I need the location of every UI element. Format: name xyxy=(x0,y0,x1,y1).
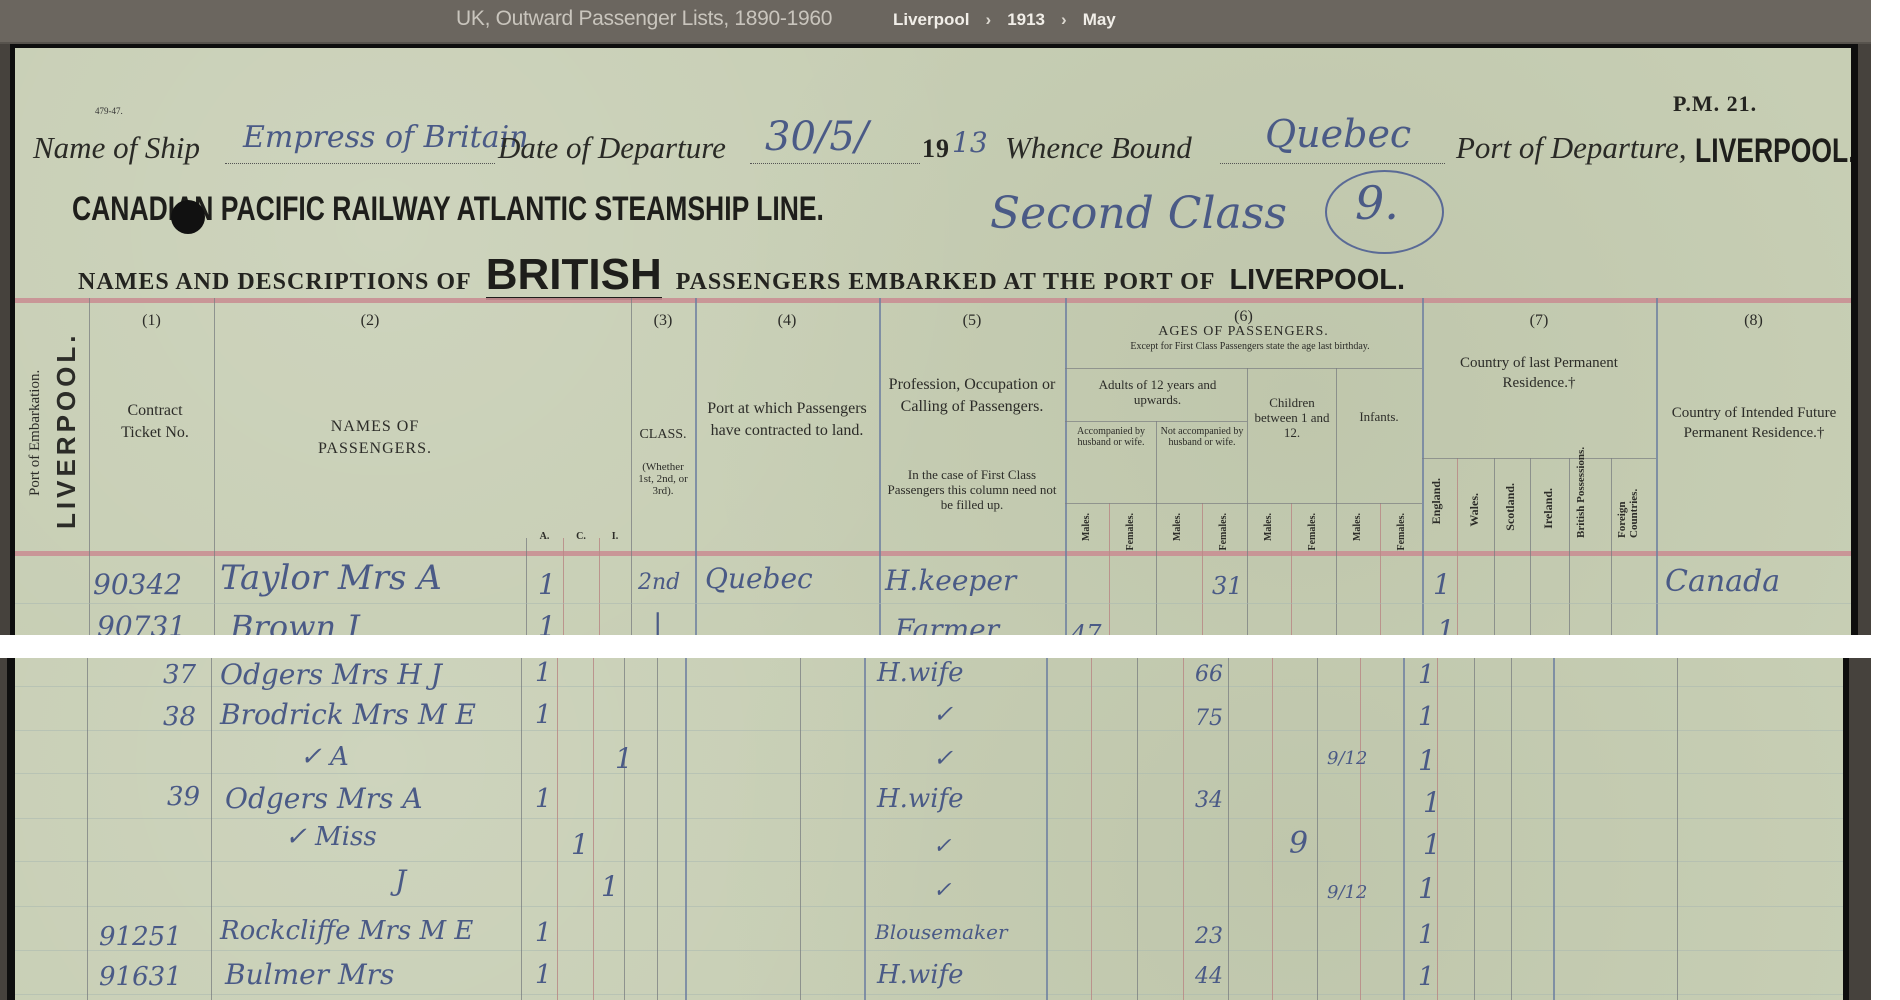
row-age: 75 xyxy=(1195,706,1223,731)
children-header: Children between 1 and 12. xyxy=(1251,396,1333,441)
col-divider xyxy=(1109,503,1110,635)
row-age: 23 xyxy=(1195,924,1223,949)
row2-name: Brown J xyxy=(230,608,359,635)
row1-adult: 1 xyxy=(538,568,556,601)
row-ticket: 37 xyxy=(163,660,196,690)
col-divider xyxy=(1336,368,1337,635)
row-ticket: 39 xyxy=(167,782,200,812)
whence-field-line xyxy=(1220,163,1445,164)
document-image-bottom[interactable]: 37 Odgers Mrs H J 1 H.wife 66 1 38 Brodr… xyxy=(15,658,1843,1000)
col-divider xyxy=(1202,503,1203,635)
row-adult: 1 xyxy=(535,658,552,688)
row-adult: 1 xyxy=(535,918,552,948)
infant-males: Males. xyxy=(1352,513,1363,541)
row-name: J xyxy=(395,864,406,897)
breadcrumb-liverpool[interactable]: Liverpool xyxy=(893,10,970,30)
row-ticket: 91251 xyxy=(99,922,182,952)
col-divider xyxy=(593,658,594,1000)
col3-number: (3) xyxy=(631,310,695,332)
adults-header: Adults of 12 years and upwards. xyxy=(1095,378,1220,408)
row2-adult: 1 xyxy=(538,610,556,635)
date-of-departure-value: 30/5/ xyxy=(765,114,868,160)
col5-number: (5) xyxy=(879,310,1065,332)
col-divider xyxy=(1530,458,1531,635)
col-divider xyxy=(214,298,215,635)
date-field-line xyxy=(750,163,920,164)
document-subtitle: NAMES AND DESCRIPTIONS OF BRITISH PASSEN… xyxy=(78,253,1405,300)
row-name: Bulmer Mrs xyxy=(225,958,394,991)
date-of-departure-label: Date of Departure xyxy=(498,130,726,166)
child-males: Males. xyxy=(1263,513,1274,541)
col-divider xyxy=(526,538,527,635)
country-british-possessions: British Possessions. xyxy=(1575,438,1605,538)
col8-number: (8) xyxy=(1656,310,1851,332)
row2-age: 47 xyxy=(1071,620,1102,635)
col-divider xyxy=(1494,458,1495,635)
ages-divider xyxy=(1065,368,1422,369)
row1-name: Taylor Mrs A xyxy=(220,558,442,598)
ink-blot xyxy=(171,200,205,234)
side-label-small: Port of Embarkation. xyxy=(27,338,44,528)
row-rule xyxy=(15,603,1851,604)
ship-name-value: Empress of Britain xyxy=(243,120,529,155)
row-profession: ✓ xyxy=(933,878,951,903)
col2-sub-c: C. xyxy=(563,531,599,543)
row-adult: 1 xyxy=(535,960,552,990)
whence-bound-value: Quebec xyxy=(1265,112,1411,156)
chevron-right-icon: › xyxy=(986,10,992,30)
row-name: Rockcliffe Mrs M E xyxy=(220,916,473,946)
row1-class: 2nd xyxy=(638,570,680,595)
port-of-departure-value: LIVERPOOL. xyxy=(1695,132,1851,171)
row-profession: ✓ xyxy=(933,834,951,859)
row-adult: 1 xyxy=(535,700,552,730)
row-england: 1 xyxy=(1423,786,1441,819)
year-prefix: 19 xyxy=(922,134,950,164)
row-adult: 1 xyxy=(535,784,552,814)
col4-number: (4) xyxy=(695,310,879,332)
col-divider xyxy=(1272,658,1273,1000)
sex-divider xyxy=(1065,503,1422,504)
row-profession: ✓ xyxy=(933,744,953,772)
notacc-males: Males. xyxy=(1172,513,1183,541)
class-annotation: Second Class xyxy=(990,188,1287,239)
col-divider xyxy=(1091,658,1092,1000)
row-england: 1 xyxy=(1418,962,1435,992)
notacc-females: Females. xyxy=(1218,513,1229,551)
acc-females: Females. xyxy=(1125,513,1136,551)
country-scotland: Scotland. xyxy=(1503,483,1518,531)
side-label-big: LIVERPOOL. xyxy=(51,318,82,543)
col2-sub-a: A. xyxy=(526,531,563,543)
row-rule xyxy=(15,906,1843,907)
ship-field-line xyxy=(225,163,495,164)
subtitle-port: LIVERPOOL. xyxy=(1229,264,1405,297)
child-females: Females. xyxy=(1307,513,1318,551)
row-age: 9/12 xyxy=(1327,748,1367,769)
adults-divider xyxy=(1065,421,1247,422)
row-age: 44 xyxy=(1195,964,1223,989)
country-ireland: Ireland. xyxy=(1541,488,1556,529)
row1-port: Quebec xyxy=(705,562,813,595)
header-bottom-rule xyxy=(15,551,1851,556)
image-right-edge xyxy=(1843,658,1849,1000)
row-age: 9/12 xyxy=(1327,882,1367,903)
row-england: 1 xyxy=(1418,660,1435,690)
row-rule xyxy=(15,773,1843,774)
col7-number: (7) xyxy=(1422,310,1656,332)
col4-header: Port at which Passengers have contracted… xyxy=(705,398,869,441)
col-divider xyxy=(695,298,697,635)
col-divider xyxy=(1422,298,1424,635)
subtitle-pre: NAMES AND DESCRIPTIONS OF xyxy=(78,269,472,296)
col-divider xyxy=(1183,658,1184,1000)
row2-england: 1 xyxy=(1437,614,1455,635)
col-divider xyxy=(1065,298,1067,635)
acc-males: Males. xyxy=(1081,513,1092,541)
row-ticket: 38 xyxy=(163,702,196,732)
row-name: Brodrick Mrs M E xyxy=(220,698,476,731)
col1-number: (1) xyxy=(89,310,214,332)
col-divider xyxy=(599,538,600,635)
year-suffix: 13 xyxy=(952,126,988,159)
col3-header: CLASS. xyxy=(631,426,695,445)
whence-bound-label: Whence Bound xyxy=(1005,130,1192,166)
row-england: 1 xyxy=(1418,744,1436,777)
col-divider xyxy=(87,658,88,1000)
row-rule xyxy=(15,950,1843,951)
row-profession: H.wife xyxy=(877,658,964,688)
col-divider xyxy=(557,658,558,1000)
col-divider xyxy=(521,658,522,1000)
col-divider xyxy=(1677,658,1678,1000)
row-infant: 1 xyxy=(615,742,633,775)
row-rule xyxy=(15,861,1843,862)
col-divider xyxy=(1553,658,1555,1000)
row2-ticket: 90731 xyxy=(97,610,186,635)
col-divider xyxy=(1511,658,1512,1000)
col1-header: Contract Ticket No. xyxy=(120,400,190,443)
row1-age: 31 xyxy=(1212,572,1243,600)
col-divider xyxy=(657,658,658,1000)
col5-note: In the case of First Class Passengers th… xyxy=(885,468,1059,513)
col6-note: Except for First Class Passengers state … xyxy=(1130,341,1370,352)
row-name: Odgers Mrs H J xyxy=(220,658,442,691)
row1-england: 1 xyxy=(1433,568,1451,601)
viewer-header-bar: UK, Outward Passenger Lists, 1890-1960 L… xyxy=(0,0,1871,44)
row2-class: | xyxy=(653,608,662,635)
col-divider xyxy=(1317,658,1318,1000)
col-divider xyxy=(563,538,564,635)
col-divider xyxy=(1247,368,1248,635)
col-divider xyxy=(1403,658,1405,1000)
col-divider xyxy=(685,658,687,1000)
col-divider xyxy=(89,298,90,635)
document-image-top[interactable]: 479-47. P.M. 21. Name of Ship Empress of… xyxy=(15,48,1851,635)
row-profession: ✓ xyxy=(933,700,953,728)
col-divider xyxy=(1474,658,1475,1000)
infants-header: Infants. xyxy=(1336,410,1422,425)
image-left-edge xyxy=(7,658,15,1000)
row-age: 9 xyxy=(1289,826,1308,861)
col-divider xyxy=(800,658,801,1000)
form-code: 479-47. xyxy=(95,106,123,116)
row-name: ✓ A xyxy=(300,742,349,772)
row-england: 1 xyxy=(1423,828,1441,861)
row-infant: 1 xyxy=(601,870,619,903)
name-of-ship-label: Name of Ship xyxy=(33,130,200,166)
col-divider xyxy=(631,298,632,635)
collection-title: UK, Outward Passenger Lists, 1890-1960 xyxy=(456,7,832,31)
breadcrumb-may[interactable]: May xyxy=(1083,10,1116,30)
row-age: 34 xyxy=(1195,788,1223,813)
row-rule xyxy=(15,818,1843,819)
not-accompanied-header: Not accompanied by husband or wife. xyxy=(1158,426,1246,448)
country-england: England. xyxy=(1429,478,1444,524)
col-divider xyxy=(1228,658,1229,1000)
col-divider xyxy=(1569,458,1570,635)
col-divider xyxy=(864,658,866,1000)
header-top-rule xyxy=(15,298,1851,303)
breadcrumb-1913[interactable]: 1913 xyxy=(1007,10,1045,30)
port-of-departure-label: Port of Departure, xyxy=(1456,130,1686,166)
row-profession: Blousemaker xyxy=(875,920,1008,944)
row-rule xyxy=(15,994,1843,995)
country-foreign: Foreign Countries. xyxy=(1616,453,1646,538)
col-divider xyxy=(879,298,881,635)
row-profession: H.wife xyxy=(877,784,964,814)
col-divider xyxy=(1046,658,1048,1000)
row1-ticket: 90342 xyxy=(93,568,182,601)
breadcrumb: Liverpool › 1913 › May xyxy=(893,10,1116,30)
col-divider xyxy=(624,658,625,1000)
col-divider xyxy=(1360,658,1361,1000)
col8-header: Country of Intended Future Permanent Res… xyxy=(1665,403,1843,444)
col5-header: Profession, Occupation or Calling of Pas… xyxy=(885,374,1059,417)
subtitle-post: PASSENGERS EMBARKED AT THE PORT OF xyxy=(676,269,1216,296)
col7-header: Country of last Permanent Residence.† xyxy=(1435,353,1643,394)
image-right-edge xyxy=(1851,44,1857,635)
form-number: P.M. 21. xyxy=(1673,91,1757,117)
col-divider xyxy=(1380,503,1381,635)
row-england: 1 xyxy=(1418,872,1436,905)
row-name: Odgers Mrs A xyxy=(225,782,423,815)
accompanied-header: Accompanied by husband or wife. xyxy=(1067,426,1155,448)
col-divider xyxy=(1611,458,1612,635)
subtitle-british: BRITISH xyxy=(486,253,662,300)
chevron-right-icon: › xyxy=(1061,10,1067,30)
col-divider xyxy=(1137,658,1138,1000)
col2-header: NAMES OF PASSENGERS. xyxy=(290,416,460,459)
row1-profession: H.keeper xyxy=(885,564,1016,597)
row-ticket: 91631 xyxy=(99,962,182,992)
class-annotation-count: 9. xyxy=(1355,176,1399,230)
row-age: 66 xyxy=(1195,662,1223,687)
row2-profession: Farmer xyxy=(895,613,999,635)
row-name: ✓ Miss xyxy=(285,822,377,852)
col-divider xyxy=(1291,503,1292,635)
row-profession: H.wife xyxy=(877,960,964,990)
col2-number: (2) xyxy=(214,310,526,332)
row-england: 1 xyxy=(1418,702,1435,732)
infant-females: Females. xyxy=(1396,513,1407,551)
country-wales: Wales. xyxy=(1467,493,1482,527)
col2-sub-i: I. xyxy=(599,531,631,543)
row-england: 1 xyxy=(1418,920,1435,950)
row-child: 1 xyxy=(571,828,589,861)
row1-future: Canada xyxy=(1665,564,1780,599)
col-divider xyxy=(1457,458,1458,635)
col3-note: (Whether 1st, 2nd, or 3rd). xyxy=(637,461,689,497)
col6-header: AGES OF PASSENGERS. xyxy=(1065,323,1422,342)
col-divider xyxy=(1656,298,1658,635)
col-divider xyxy=(211,658,212,1000)
